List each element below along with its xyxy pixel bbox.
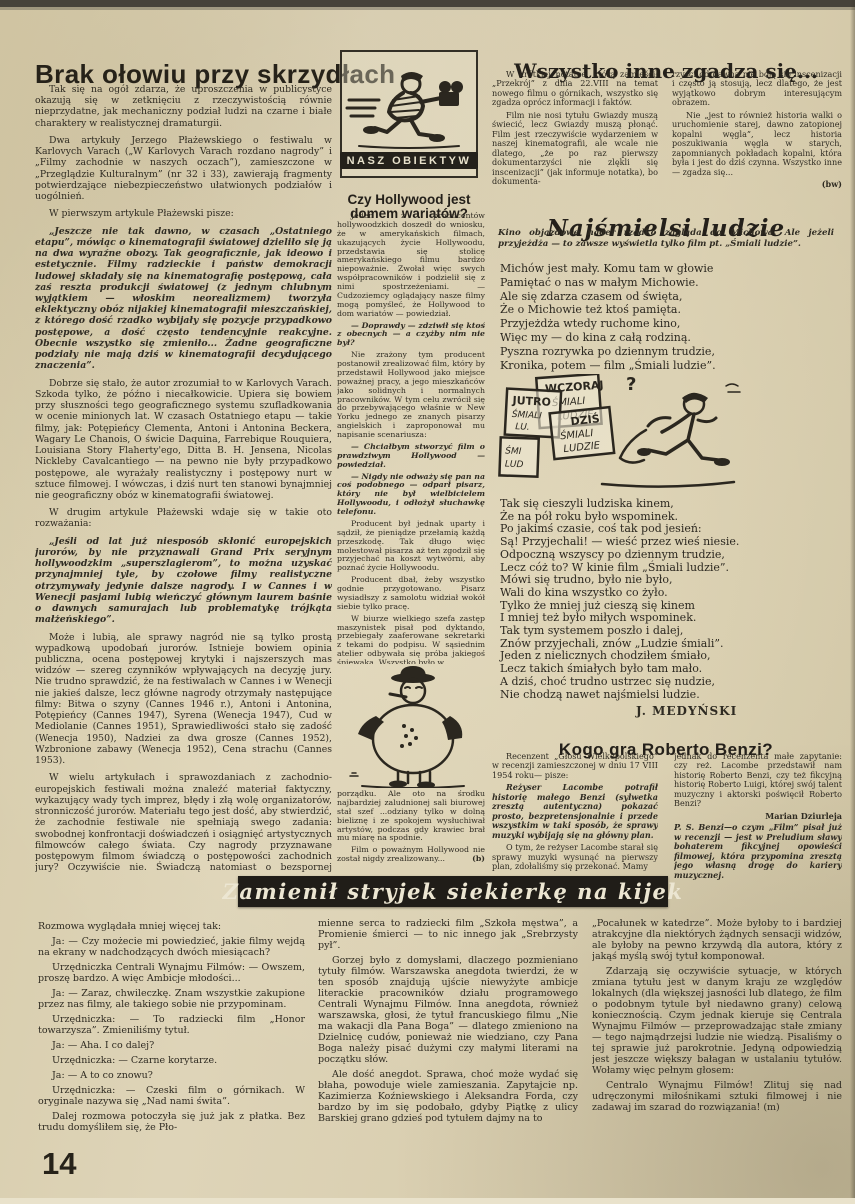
paragraph: Jeden z producentów hollywoodzkich dosze… bbox=[337, 212, 485, 319]
poem-part1: Michów jest mały. Komu tam w głowie Pami… bbox=[500, 262, 840, 372]
dialogue-paragraph: — Chciałbym stworzyć film o prawdziwym H… bbox=[337, 443, 485, 470]
paragraph: Nie zrażony tym producent postanowił zre… bbox=[337, 351, 485, 440]
poem-line: Tak się cieszyli ludziska kinem, bbox=[500, 498, 840, 511]
paragraph: Film nie nosi tytułu Gwiazdy muszą świec… bbox=[492, 111, 658, 187]
paragraph: Dwa artykuły Jerzego Płażewskiego o fest… bbox=[35, 135, 332, 202]
paragraph: Centralo Wynajmu Filmów! Zlituj się nad … bbox=[592, 1080, 842, 1113]
paragraph: rzyści od dawna nie boją się inscenizacj… bbox=[672, 70, 842, 108]
closing-line: Film o poważnym Hollywood nie został nig… bbox=[337, 846, 485, 864]
paragraph: Może i lubią, ale sprawy nagród nie są t… bbox=[35, 632, 332, 767]
dialogue-paragraph: Ja: — Zaraz, chwileczkę. Znam wszystkie … bbox=[38, 988, 305, 1010]
poem-line: A dziś, choć trudno ustrzec się nudzie, bbox=[500, 676, 840, 689]
poster-text: JUTRO bbox=[511, 394, 551, 409]
article-hollywood-body-bottom: porządku. Ale oto na środku najbardziej … bbox=[337, 790, 485, 874]
bottom-col3: „Pocałunek w katedrze”. Może byłoby to i… bbox=[592, 918, 842, 1160]
poem-line: Wali do kina wszystko co żyło. bbox=[500, 587, 840, 600]
article-brak-olowiu-body: Tak się na ogół zdarza, że uproszczenia … bbox=[35, 84, 332, 872]
poem-line: Odpoczną wszyscy po dziennym trudzie, bbox=[500, 549, 840, 562]
poem-line: Michów jest mały. Komu tam w głowie bbox=[500, 262, 840, 276]
paragraph: Ale dość anegdot. Sprawa, choć może wyda… bbox=[318, 1069, 578, 1124]
page-number: 14 bbox=[42, 1146, 76, 1182]
wszystko-inne-col2: rzyści od dawna nie boją się inscenizacj… bbox=[672, 70, 842, 200]
quote-paragraph: „Jeśli od lat już niesposób skłonić euro… bbox=[35, 536, 332, 626]
nasz-obiektyw-caption: NASZ OBIEKTYW bbox=[340, 152, 479, 169]
paragraph: W pierwszym artykule Płażewski pisze: bbox=[35, 208, 332, 219]
fat-producer-cartoon bbox=[342, 664, 484, 788]
benzi-col2: jednak do recenzenta małe zapytanie: czy… bbox=[674, 752, 842, 914]
poem-line: Tak tym systemem poszło i dalej, bbox=[500, 625, 840, 638]
paragraph: Dalej rozmowa potoczyła się już jak z pł… bbox=[38, 1111, 305, 1133]
dialogue-paragraph: — Nigdy nie odważy się pan na coś podobn… bbox=[337, 473, 485, 517]
poem-line: Są! Przyjechali! — wieść przez wieś nies… bbox=[500, 536, 840, 549]
poem-part2: Tak się cieszyli ludziska kinem, Że na p… bbox=[500, 498, 840, 701]
dialogue-paragraph: Ja: — A to co znowu? bbox=[38, 1070, 305, 1081]
paragraph: porządku. Ale oto na środku najbardziej … bbox=[337, 790, 485, 843]
paragraph: jednak do recenzenta małe zapytanie: czy… bbox=[674, 752, 842, 809]
dialogue-paragraph: Urzędniczka: — Czarne korytarze. bbox=[38, 1055, 305, 1066]
poem-line: Przyjeżdża wtedy ruchome kino, bbox=[500, 317, 840, 331]
paragraph: Producent dbał, żeby wszystko godnie prz… bbox=[337, 576, 485, 612]
postscript: P. S. Benzi—o czym „Film” pisał już w re… bbox=[674, 823, 842, 880]
paragraph: W biurze wielkiego szefa zastęp maszynis… bbox=[337, 615, 485, 664]
poem-line: Pyszna rozrywka po dziennym trudzie, bbox=[500, 345, 840, 359]
poem-line: Ale się zdarza czasem od święta, bbox=[500, 290, 840, 304]
paragraph: Dobrze się stało, że autor zrozumiał to … bbox=[35, 378, 332, 502]
paragraph: W wielu artykułach i sprawozdaniach z za… bbox=[35, 772, 332, 872]
paragraph: „Pocałunek w katedrze”. Może byłoby to i… bbox=[592, 918, 842, 962]
question-mark: ? bbox=[626, 374, 636, 395]
poster-text: ŚMI bbox=[505, 445, 522, 458]
dialogue-paragraph: Urzędniczka: — To radziecki film „Honor … bbox=[38, 1014, 305, 1036]
paragraph: Nie „jest to również historia walki o ur… bbox=[672, 111, 842, 177]
paragraph: O tym, że reżyser Lacombe starał się spr… bbox=[492, 843, 658, 871]
quote-paragraph: „Jeszcze nie tak dawno, w czasach „Ostat… bbox=[35, 226, 332, 372]
wszystko-inne-col1: W krótkiej notatce, którą zamieścił „Prz… bbox=[492, 70, 658, 192]
nasz-obiektyw-box: NASZ OBIEKTYW bbox=[340, 50, 478, 178]
paragraph: W drugim artykule Płażewski wdaje się w … bbox=[35, 507, 332, 529]
author-initial: (b) bbox=[458, 855, 485, 864]
poem-line: Kronika, potem — film „Śmiali ludzie”. bbox=[500, 359, 840, 373]
quote-paragraph: Reżyser Lacombe potrafił historię małego… bbox=[492, 783, 658, 840]
paragraph: Rozmowa wyglądała mniej więcej tak: bbox=[38, 921, 305, 932]
paragraph: W krótkiej notatce, którą zamieścił „Prz… bbox=[492, 70, 658, 108]
poem-author: J. MEDYŃSKI bbox=[636, 704, 737, 718]
poem-line: Nie chodzą nawet najśmielsi ludzie. bbox=[500, 689, 840, 702]
running-man-posters-cartoon: WCZORAJ ŚMIALI LUDZIE JUTRO ŚMIALI LU. D… bbox=[498, 374, 750, 496]
dialogue-paragraph: Urzędniczka Centrali Wynajmu Filmów: — O… bbox=[38, 962, 305, 984]
author-name: Marian Dziurleja bbox=[674, 812, 842, 821]
scan-edge-top bbox=[0, 0, 855, 7]
feature-banner: Zamienił stryjek siekierkę na kijek bbox=[238, 876, 668, 907]
paragraph: Zdarzają się oczywiście sytuacje, w któr… bbox=[592, 966, 842, 1076]
najsmielsi-intro: Kino objazdowe nader rzadko zagląda do M… bbox=[498, 228, 834, 249]
paragraph: Tak się na ogół zdarza, że uproszczenia … bbox=[35, 84, 332, 129]
scan-edge-top-shadow bbox=[0, 7, 855, 10]
magazine-page: { "page": { "number": "14" }, "left": { … bbox=[0, 0, 855, 1204]
paragraph: Producent był jednak uparty i sądził, że… bbox=[337, 520, 485, 573]
dialogue-paragraph: — Doprawdy — zdziwił się ktoś z obecnych… bbox=[337, 322, 485, 349]
poem-line: Więc my — do kina z całą rodziną. bbox=[500, 331, 840, 345]
dialogue-paragraph: Ja: — Aha. I co dalej? bbox=[38, 1040, 305, 1051]
scan-edge-right bbox=[850, 0, 855, 1204]
bottom-col2: mienne serca to radziecki film „Szkoła m… bbox=[318, 918, 578, 1154]
article-hollywood-body-top: Jeden z producentów hollywoodzkich dosze… bbox=[337, 212, 485, 664]
paragraph: Gorzej było z domysłami, dlaczego pozmie… bbox=[318, 955, 578, 1065]
dialogue-paragraph: Urzędniczka: — Czeski film o górnikach. … bbox=[38, 1085, 305, 1107]
dialogue-paragraph: Ja: — Czy możecie mi powiedzieć, jakie f… bbox=[38, 936, 305, 958]
poster-text: LUD bbox=[505, 460, 524, 471]
bottom-col1: Rozmowa wyglądała mniej więcej tak: Ja: … bbox=[38, 921, 305, 1151]
paragraph: Recenzent „Głosu Wielkopolskiego” w rece… bbox=[492, 752, 658, 780]
poem-line: Że o Michowie też ktoś pamięta. bbox=[500, 303, 840, 317]
poem-line: Pamiętać o nas w małym Michowie. bbox=[500, 276, 840, 290]
paragraph: mienne serca to radziecki film „Szkoła m… bbox=[318, 918, 578, 951]
author-initials: (bw) bbox=[672, 180, 842, 189]
running-cameraman-cartoon bbox=[345, 66, 473, 152]
poster-text: LU. bbox=[515, 422, 530, 433]
poem-line: Lecz takich śmiałych było tam mało. bbox=[500, 663, 840, 676]
scan-edge-bottom bbox=[0, 1198, 855, 1204]
